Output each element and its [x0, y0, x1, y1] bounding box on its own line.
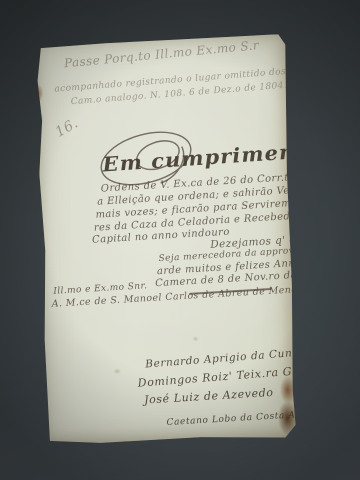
manuscript-paper: Passe Porq.to Ill.mo Ex.mo S.racompanhad… — [35, 34, 297, 445]
pencil-annotation-line-1: Passe Porq.to Ill.mo Ex.mo S.r — [64, 39, 260, 69]
signature-line-4: Caetano Lobo da Costa Araujo Mello — [166, 408, 354, 428]
heading-line: Em cumprimento das — [102, 136, 360, 174]
photograph-of-manuscript: Passe Porq.to Ill.mo Ex.mo S.racompanhad… — [0, 0, 360, 480]
signature-line-3: José Luiz de Azevedo — [144, 387, 274, 406]
manuscript-text-layer: Passe Porq.to Ill.mo Ex.mo S.racompanhad… — [35, 34, 297, 445]
folio-mark: 16. — [53, 116, 80, 140]
